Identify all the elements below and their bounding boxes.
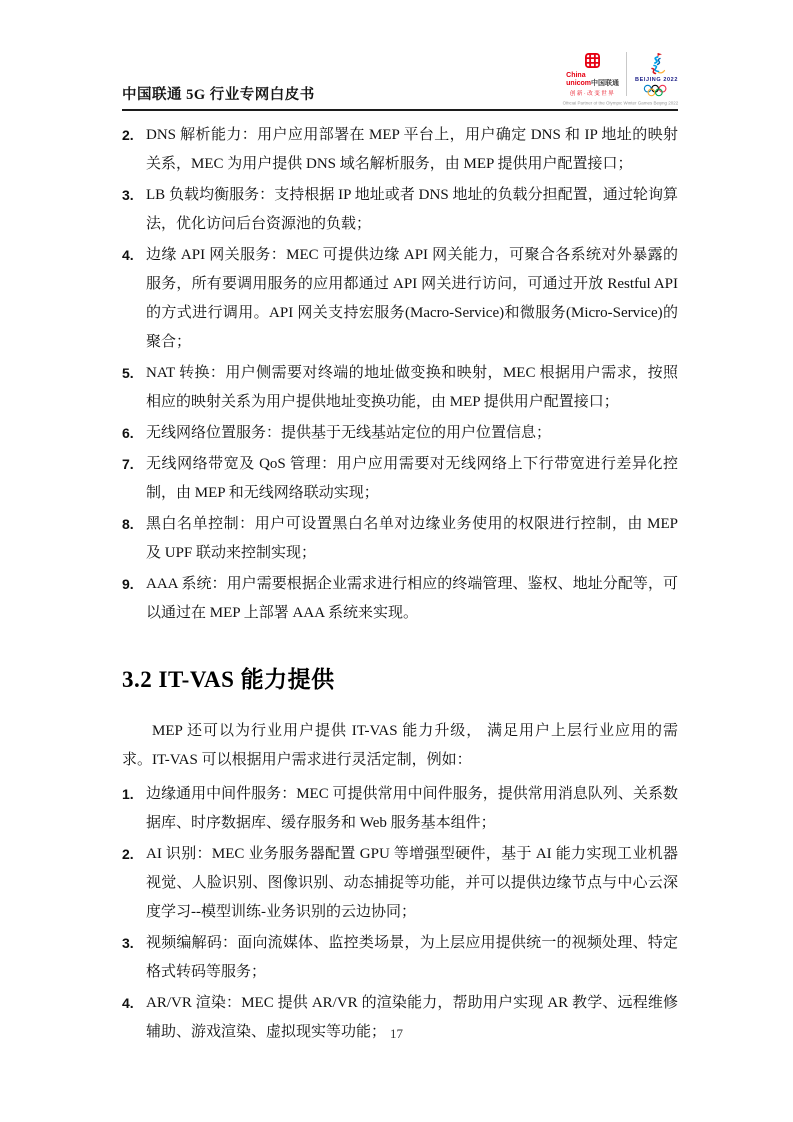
list-item-number: 5.: [122, 359, 146, 417]
list-item-text: NAT 转换：用户侧需要对终端的地址做变换和映射，MEC 根据用户需求，按照相应…: [146, 359, 678, 417]
list-item-number: 6.: [122, 419, 146, 448]
unicom-brand-line2-cn: 中国联通: [591, 80, 619, 87]
unicom-slogan: 创新·改变世界: [570, 89, 615, 97]
list-item-text: AI 识别：MEC 业务服务器配置 GPU 等增强型硬件，基于 AI 能力实现工…: [146, 840, 678, 927]
list-item-text: DNS 解析能力：用户应用部署在 MEP 平台上，用户确定 DNS 和 IP 地…: [146, 121, 678, 179]
logos-row: China unicom中国联通 创新·改变世界: [566, 50, 678, 98]
document-page: 中国联通 5G 行业专网白皮书 China unicom中国联通 创新·改变世界: [0, 0, 793, 1122]
beijing-2022-logo: BEIJING 2022: [627, 50, 678, 98]
beijing-2022-wordmark: BEIJING 2022: [635, 77, 678, 83]
page-header: 中国联通 5G 行业专网白皮书 China unicom中国联通 创新·改变世界: [122, 50, 678, 111]
list-item: 6. 无线网络位置服务：提供基于无线基站定位的用户位置信息；: [122, 419, 678, 448]
list-item: 2. AI 识别：MEC 业务服务器配置 GPU 等增强型硬件，基于 AI 能力…: [122, 840, 678, 927]
document-title: 中国联通 5G 行业专网白皮书: [122, 83, 315, 106]
section-heading: 3.2 IT-VAS 能力提供: [122, 661, 678, 694]
main-content: 2. DNS 解析能力：用户应用部署在 MEP 平台上，用户确定 DNS 和 I…: [122, 121, 678, 1049]
list-item: 9. AAA 系统：用户需要根据企业需求进行相应的终端管理、鉴权、地址分配等，可…: [122, 570, 678, 628]
list-item-text: AAA 系统：用户需要根据企业需求进行相应的终端管理、鉴权、地址分配等，可以通过…: [146, 570, 678, 628]
list-item-number: 2.: [122, 840, 146, 927]
list-item-number: 2.: [122, 121, 146, 179]
olympic-partner-caption: Official Partner of the Olympic Winter G…: [562, 101, 678, 106]
list-item-text: 黑白名单控制：用户可设置黑白名单对边缘业务使用的权限进行控制，由 MEP 及 U…: [146, 510, 678, 568]
list-item-number: 1.: [122, 780, 146, 838]
list-item: 2. DNS 解析能力：用户应用部署在 MEP 平台上，用户确定 DNS 和 I…: [122, 121, 678, 179]
mec-capability-list: 2. DNS 解析能力：用户应用部署在 MEP 平台上，用户确定 DNS 和 I…: [122, 121, 678, 628]
unicom-brand-line2-en: unicom: [566, 80, 591, 87]
logo-block: China unicom中国联通 创新·改变世界: [524, 50, 678, 106]
list-item: 3. 视频编解码：面向流媒体、监控类场景，为上层应用提供统一的视频处理、特定格式…: [122, 929, 678, 987]
unicom-brand-line1: China: [566, 72, 585, 79]
list-item: 1. 边缘通用中间件服务：MEC 可提供常用中间件服务，提供常用消息队列、关系数…: [122, 780, 678, 838]
china-unicom-logo: China unicom中国联通 创新·改变世界: [566, 50, 626, 98]
list-item: 8. 黑白名单控制：用户可设置黑白名单对边缘业务使用的权限进行控制，由 MEP …: [122, 510, 678, 568]
list-item: 7. 无线网络带宽及 QoS 管理：用户应用需要对无线网络上下行带宽进行差异化控…: [122, 450, 678, 508]
olympic-rings-icon: [643, 84, 671, 97]
list-item-number: 7.: [122, 450, 146, 508]
list-item-text: LB 负载均衡服务：支持根据 IP 地址或者 DNS 地址的负载分担配置，通过轮…: [146, 181, 678, 239]
section-intro-paragraph: MEP 还可以为行业用户提供 IT-VAS 能力升级， 满足用户上层行业应用的需…: [122, 717, 678, 775]
china-unicom-wordmark: China unicom中国联通: [566, 72, 619, 87]
list-item-number: 4.: [122, 241, 146, 357]
list-item-number: 8.: [122, 510, 146, 568]
list-item-text: 视频编解码：面向流媒体、监控类场景，为上层应用提供统一的视频处理、特定格式转码等…: [146, 929, 678, 987]
page-number: 17: [0, 1026, 793, 1042]
list-item-number: 3.: [122, 929, 146, 987]
list-item-text: 无线网络带宽及 QoS 管理：用户应用需要对无线网络上下行带宽进行差异化控制，由…: [146, 450, 678, 508]
list-item: 3. LB 负载均衡服务：支持根据 IP 地址或者 DNS 地址的负载分担配置，…: [122, 181, 678, 239]
list-item-number: 9.: [122, 570, 146, 628]
list-item-text: 无线网络位置服务：提供基于无线基站定位的用户位置信息；: [146, 419, 678, 448]
beijing-2022-emblem-icon: [644, 52, 670, 76]
china-unicom-knot-icon: [582, 50, 603, 71]
list-item: 5. NAT 转换：用户侧需要对终端的地址做变换和映射，MEC 根据用户需求，按…: [122, 359, 678, 417]
list-item-text: 边缘 API 网关服务：MEC 可提供边缘 API 网关能力，可聚合各系统对外暴…: [146, 241, 678, 357]
list-item: 4. 边缘 API 网关服务：MEC 可提供边缘 API 网关能力，可聚合各系统…: [122, 241, 678, 357]
list-item-number: 3.: [122, 181, 146, 239]
itvas-capability-list: 1. 边缘通用中间件服务：MEC 可提供常用中间件服务，提供常用消息队列、关系数…: [122, 780, 678, 1047]
list-item-text: 边缘通用中间件服务：MEC 可提供常用中间件服务，提供常用消息队列、关系数据库、…: [146, 780, 678, 838]
